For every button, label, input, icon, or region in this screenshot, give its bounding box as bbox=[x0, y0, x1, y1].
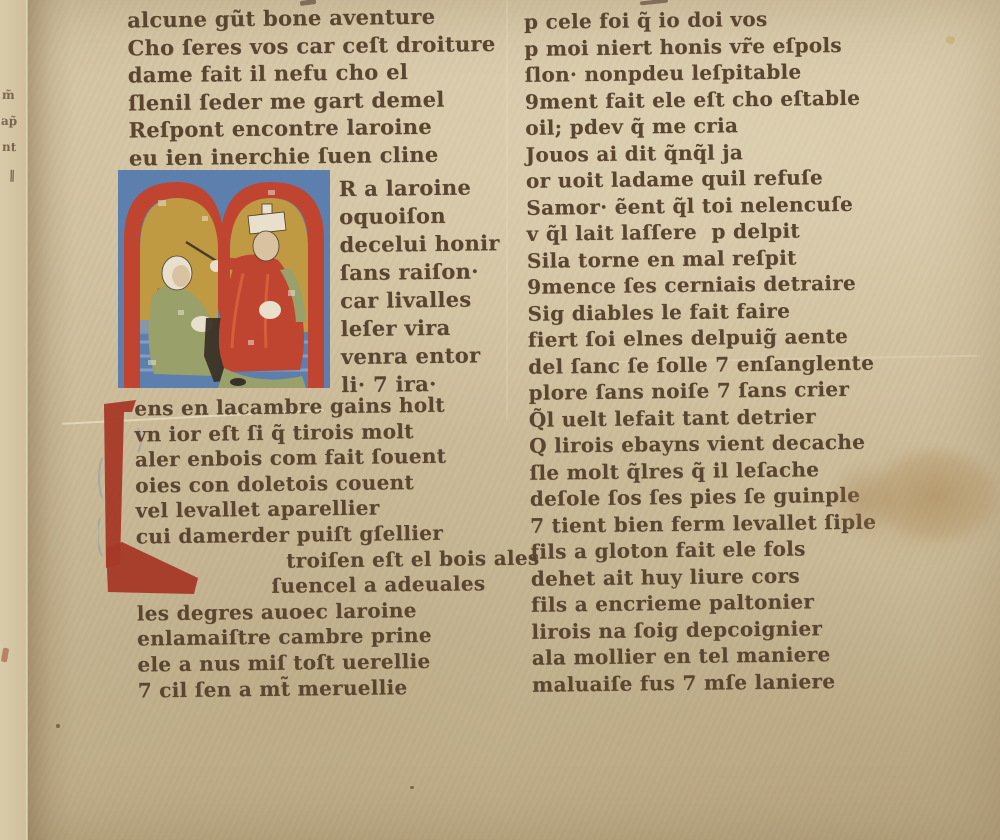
text-line: oquoiſon bbox=[339, 201, 524, 231]
ink-speck bbox=[56, 724, 60, 728]
text-line: car livalles bbox=[340, 285, 525, 315]
gutter-shadow bbox=[28, 0, 72, 840]
right-column: p cele foi q̃ io doi vos p moi niert hon… bbox=[524, 3, 992, 698]
text-line: R a laroine bbox=[339, 173, 524, 203]
text-line: ſans raiſon· bbox=[340, 257, 525, 287]
edge-text-fragment: nt bbox=[2, 140, 17, 154]
text-line: ſuencel a adeuales bbox=[271, 571, 546, 600]
text-line: maluaiſe fus 7 mſe laniere bbox=[532, 666, 992, 698]
text-line: leſer vira bbox=[340, 313, 525, 343]
stain-speck bbox=[946, 36, 955, 44]
manuscript-page: m̃ ap̃ nt ‖ alcune gũt bone aventure Cho… bbox=[0, 0, 1000, 840]
parchment-stain bbox=[818, 452, 910, 548]
text-line: venra entor bbox=[341, 341, 526, 371]
ink-speck bbox=[410, 786, 414, 789]
edge-text-fragment: m̃ bbox=[2, 88, 15, 102]
miniature-graphic bbox=[118, 170, 330, 388]
text-line: eu ien inerchie ſuen cline bbox=[129, 139, 529, 171]
edge-text-fragment: ap̃ bbox=[1, 114, 18, 129]
text-line: Cho ſeres vos car ceſt droiture bbox=[127, 29, 527, 61]
left-column-lower-block: ens en lacambre gains holt vn ior eſt ſi… bbox=[134, 392, 548, 704]
left-column-beside-miniature: R a laroine oquoiſon decelui honir ſans … bbox=[339, 173, 527, 399]
text-line: decelui honir bbox=[339, 229, 524, 259]
edge-text-fragment: ‖ bbox=[9, 168, 15, 182]
text-line: troiſen eſt el bois ales bbox=[286, 545, 546, 574]
text-line: 7 cil ſen a mt̃ meruellie bbox=[138, 673, 548, 704]
left-column-top-block: alcune gũt bone aventure Cho ſeres vos c… bbox=[127, 2, 529, 172]
cropped-line-stroke bbox=[640, 0, 668, 5]
illuminated-miniature bbox=[118, 170, 330, 388]
